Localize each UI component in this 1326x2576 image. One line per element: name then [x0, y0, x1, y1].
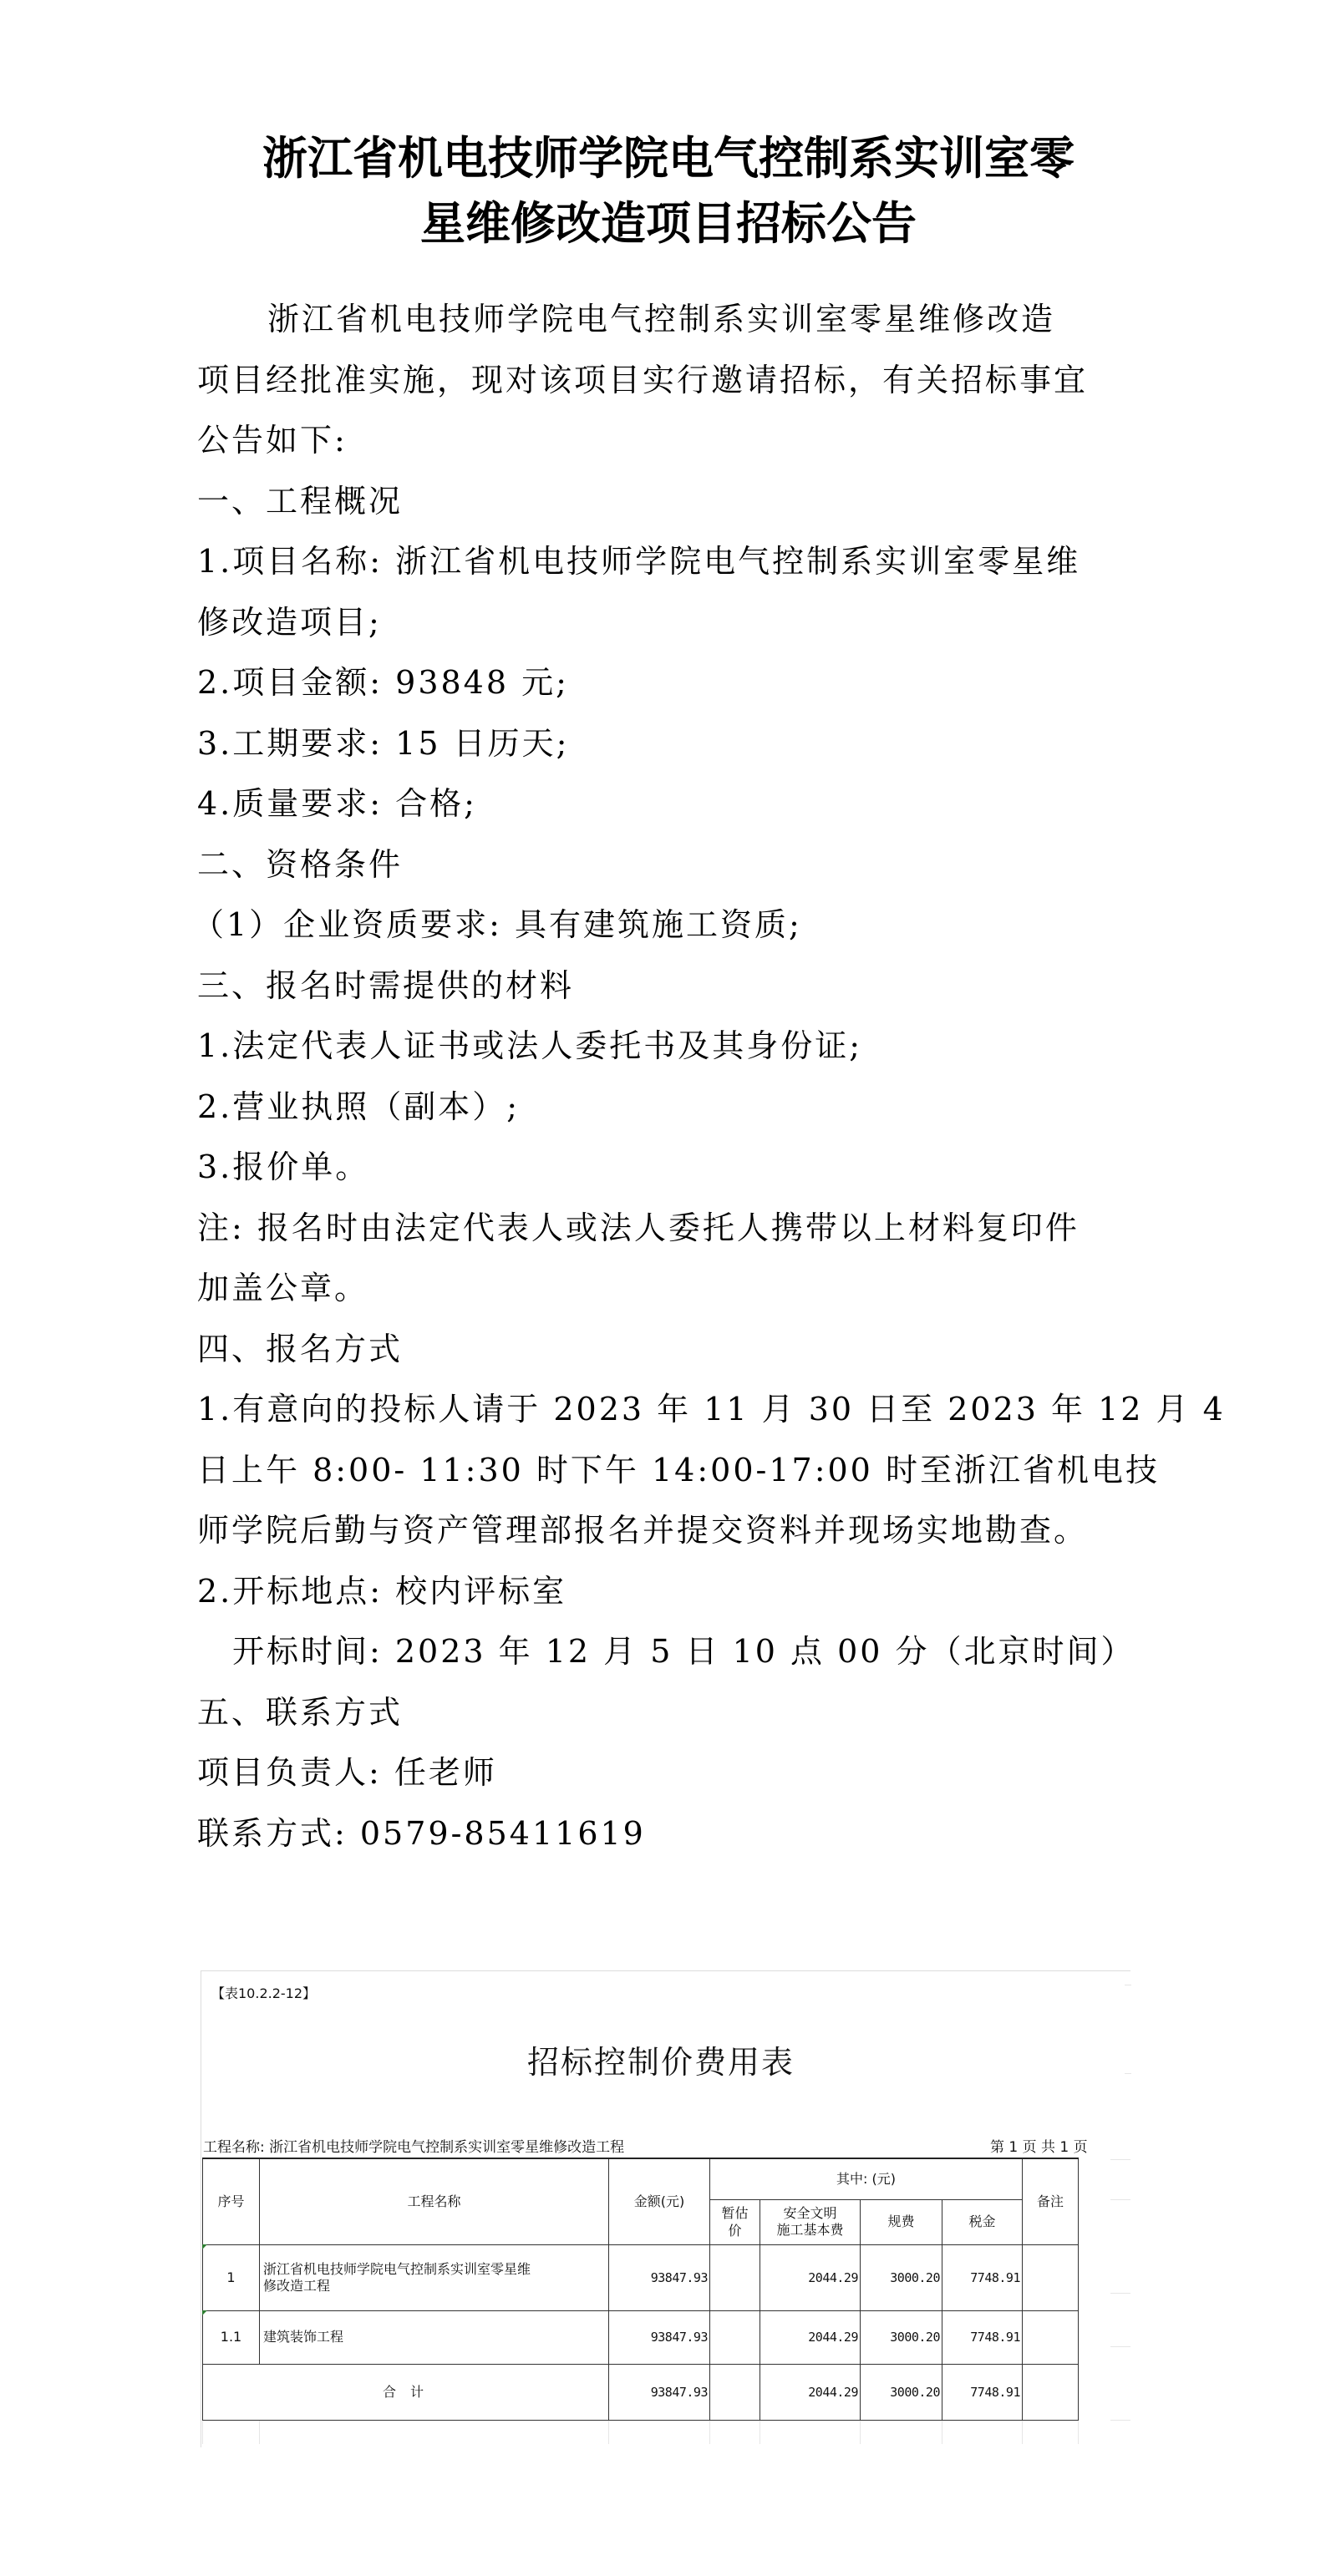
title-line-1: 浙江省机电技师学院电气控制系实训室零 [192, 125, 1145, 190]
cell-comment-marker [202, 2244, 207, 2249]
registration-line-2: 日上午 8:00- 11:30 时下午 14:00-17:00 时至浙江省机电技 [197, 1440, 1150, 1501]
total-provisional [710, 2364, 760, 2420]
gridline-fragment [1125, 1985, 1131, 1985]
header-fees: 规费 [861, 2199, 942, 2244]
total-tax: 7748.91 [942, 2364, 1023, 2420]
row-safety: 2044.29 [760, 2310, 861, 2364]
intro-line-2: 项目经批准实施，现对该项目实行邀请招标，有关招标事宜 [197, 350, 1150, 411]
row-name: 浙江省机电技师学院电气控制系实训室零星维修改造工程 [260, 2244, 609, 2310]
qualification-requirement: （1）企业资质要求: 具有建筑施工资质; [192, 895, 1150, 956]
gridline-fragment [608, 2421, 609, 2444]
material-item-1: 1.法定代表人证书或法人委托书及其身份证; [197, 1016, 1150, 1077]
bid-opening-location: 2.开标地点: 校内评标室 [197, 1561, 1150, 1622]
row-name: 建筑装饰工程 [260, 2310, 609, 2364]
project-amount: 2.项目金额: 93848 元; [197, 652, 1150, 713]
note-line-1: 注: 报名时由法定代表人或法人委托人携带以上材料复印件 [197, 1198, 1150, 1259]
row-fees: 3000.20 [861, 2310, 942, 2364]
gridline-fragment [1125, 2073, 1131, 2074]
header-provisional: 暂估价 [710, 2199, 760, 2244]
project-name-line-1: 1.项目名称: 浙江省机电技师学院电气控制系实训室零星维 [197, 531, 1150, 592]
section-3-heading: 三、报名时需提供的材料 [197, 956, 1150, 1017]
header-safety-line-1: 安全文明 [760, 2205, 860, 2222]
intro-line-3: 公告如下: [197, 410, 1150, 471]
header-seq: 序号 [203, 2158, 260, 2244]
fee-table: 序号 工程名称 金额(元) 其中: (元) 备注 暂估价 安全文明 施工基本费 … [202, 2158, 1079, 2421]
page-indicator: 第 1 页 共 1 页 [990, 2135, 1088, 2156]
gridline-fragment [942, 2421, 942, 2444]
header-name: 工程名称 [260, 2158, 609, 2244]
header-remarks: 备注 [1023, 2158, 1079, 2244]
header-amount: 金额(元) [609, 2158, 710, 2244]
project-duration: 3.工期要求: 15 日历天; [197, 713, 1150, 774]
total-amount: 93847.93 [609, 2364, 710, 2420]
header-row: 序号 工程名称 金额(元) 其中: (元) 备注 [203, 2158, 1079, 2199]
row-remarks [1023, 2244, 1079, 2310]
header-provisional-label: 暂估价 [719, 2204, 752, 2239]
title-line-2: 星维修改造项目招标公告 [192, 190, 1145, 256]
row-name-text: 浙江省机电技师学院电气控制系实训室零星维修改造工程 [263, 2261, 539, 2295]
total-remarks [1023, 2364, 1079, 2420]
announcement-title: 浙江省机电技师学院电气控制系实训室零 星维修改造项目招标公告 [192, 125, 1145, 256]
gridline-fragment [202, 2421, 203, 2444]
intro-line-1: 浙江省机电技师学院电气控制系实训室零星维修改造 [197, 289, 1150, 350]
header-of-which: 其中: (元) [710, 2158, 1023, 2199]
registration-line-1: 1.有意向的投标人请于 2023 年 11 月 30 日至 2023 年 12 … [197, 1379, 1150, 1440]
table-row: 1 浙江省机电技师学院电气控制系实训室零星维修改造工程 93847.93 204… [203, 2244, 1079, 2310]
row-tax: 7748.91 [942, 2244, 1023, 2310]
material-item-2: 2.营业执照（副本）; [197, 1077, 1150, 1138]
section-4-heading: 四、报名方式 [197, 1319, 1150, 1380]
total-safety: 2044.29 [760, 2364, 861, 2420]
row-remarks [1023, 2310, 1079, 2364]
section-2-heading: 二、资格条件 [197, 834, 1150, 895]
project-name-label: 工程名称: 浙江省机电技师学院电气控制系实训室零星维修改造工程 [203, 2135, 624, 2156]
gridline-fragment [1078, 2421, 1079, 2444]
contact-phone: 联系方式: 0579-85411619 [197, 1803, 1150, 1864]
gridline-fragment [1110, 2159, 1130, 2160]
row-provisional [710, 2310, 760, 2364]
section-1-heading: 一、工程概况 [197, 471, 1150, 532]
section-5-heading: 五、联系方式 [197, 1682, 1150, 1743]
row-seq: 1.1 [203, 2310, 260, 2364]
row-tax: 7748.91 [942, 2310, 1023, 2364]
project-name-line-2: 修改造项目; [197, 592, 1150, 653]
gridline-fragment [1110, 2199, 1130, 2200]
bid-opening-time: 开标时间: 2023 年 12 月 5 日 10 点 00 分（北京时间） [197, 1621, 1150, 1682]
cell-comment-marker [202, 2310, 207, 2315]
gridline-fragment [1110, 2346, 1130, 2347]
material-item-3: 3.报价单。 [197, 1137, 1150, 1198]
header-safety-line-2: 施工基本费 [760, 2222, 860, 2239]
gridline-fragment [860, 2421, 861, 2444]
note-line-2: 加盖公章。 [197, 1258, 1150, 1319]
gridline-fragment [1110, 2420, 1130, 2421]
row-seq: 1 [203, 2244, 260, 2310]
fee-table-image: 【表10.2.2-12】 招标控制价费用表 工程名称: 浙江省机电技师学院电气控… [201, 1970, 1130, 2447]
total-label: 合 计 [203, 2364, 609, 2420]
total-fees: 3000.20 [861, 2364, 942, 2420]
gridline-fragment [760, 2421, 760, 2444]
gridline-fragment [259, 2421, 260, 2444]
total-row: 合 计 93847.93 2044.29 3000.20 7748.91 [203, 2364, 1079, 2420]
header-tax: 税金 [942, 2199, 1023, 2244]
header-safety: 安全文明 施工基本费 [760, 2199, 861, 2244]
row-provisional [710, 2244, 760, 2310]
gridline-fragment [1022, 2421, 1023, 2444]
fee-table-title: 招标控制价费用表 [201, 2036, 1120, 2082]
quality-requirement: 4.质量要求: 合格; [197, 773, 1150, 834]
contact-person: 项目负责人: 任老师 [197, 1742, 1150, 1803]
row-fees: 3000.20 [861, 2244, 942, 2310]
table-row: 1.1 建筑装饰工程 93847.93 2044.29 3000.20 7748… [203, 2310, 1079, 2364]
gridline-fragment [1110, 2293, 1130, 2294]
gridline-fragment [709, 2421, 710, 2444]
table-reference-tag: 【表10.2.2-12】 [211, 1983, 316, 2002]
row-safety: 2044.29 [760, 2244, 861, 2310]
row-amount: 93847.93 [609, 2310, 710, 2364]
announcement-body: 浙江省机电技师学院电气控制系实训室零星维修改造 项目经批准实施，现对该项目实行邀… [197, 289, 1150, 1864]
row-amount: 93847.93 [609, 2244, 710, 2310]
registration-line-3: 师学院后勤与资产管理部报名并提交资料并现场实地勘查。 [197, 1500, 1150, 1561]
